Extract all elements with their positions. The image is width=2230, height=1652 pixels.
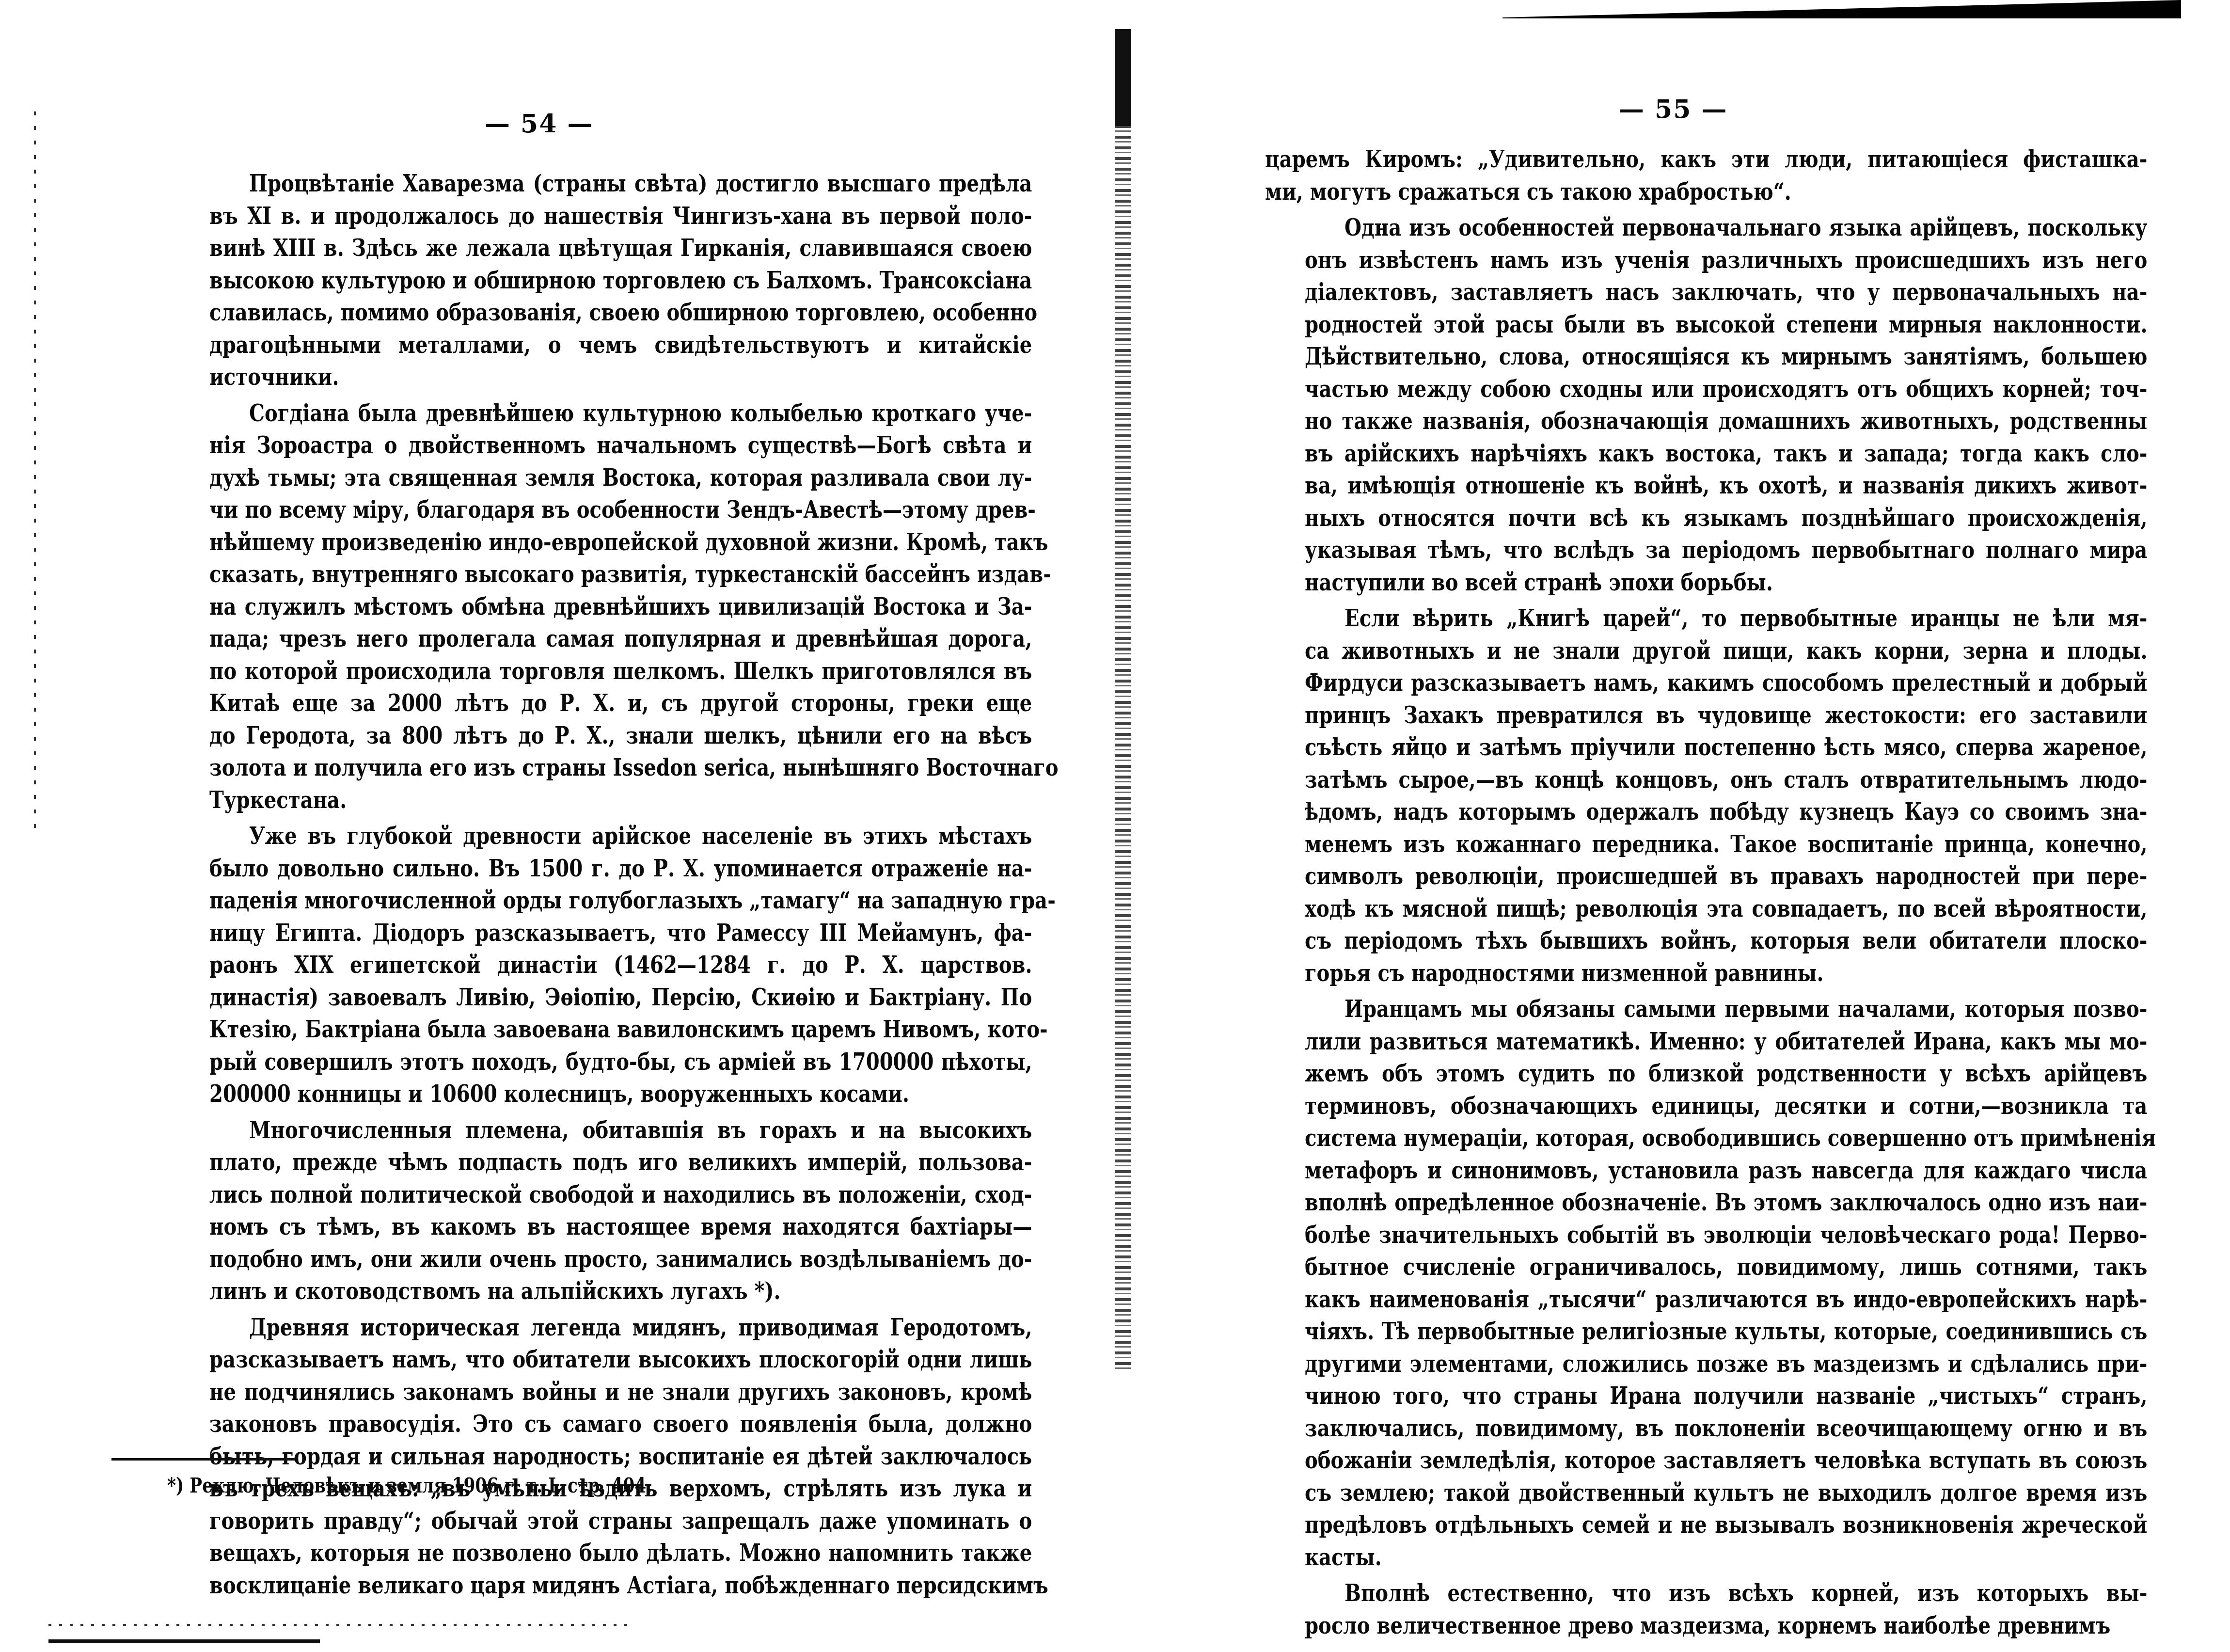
text-line: въ XI в. и продолжалось до нашествія Чин… [170, 200, 1032, 232]
text-line: было довольно сильно. Въ 1500 г. до Р. Х… [170, 852, 1032, 885]
text-line: какъ наименованія „тысячи“ различаются в… [1265, 1283, 2147, 1316]
text-line: славилась, помимо образованія, своею обш… [170, 296, 1032, 329]
text-line: говорить правду“; обычай этой страны зап… [170, 1505, 1032, 1537]
paragraph: Уже въ глубокой древности арійское насел… [170, 820, 1032, 1110]
text-line: съ землею; такой двойственный культъ не … [1265, 1477, 2147, 1509]
text-line: терминовъ, обозначающихъ единицы, десятк… [1265, 1090, 2147, 1122]
text-line: царемъ Киромъ: „Удивительно, какъ эти лю… [1265, 143, 2147, 175]
text-line: вещахъ, которыя не позволено было дѣлать… [170, 1537, 1032, 1569]
text-line: лили развиться математикѣ. Именно: у оби… [1265, 1025, 2147, 1058]
page-number: — 54 — [485, 109, 594, 139]
text-line: Фирдуси разсказываетъ намъ, какимъ спосо… [1265, 667, 2147, 699]
text-line: 200000 конницы и 10600 колесницъ, вооруж… [170, 1078, 1032, 1110]
text-line: съѣсть яйцо и затѣмъ пріучили постепенно… [1265, 731, 2147, 763]
text-line: символъ революціи, происшедшей въ правах… [1265, 860, 2147, 892]
text-line: Процвѣтаніе Хаварезма (страны свѣта) дос… [170, 167, 1032, 200]
text-line: законовъ правосудія. Это съ самаго своег… [170, 1408, 1032, 1440]
left-page: — 54 — Процвѣтаніе Хаварезма (страны свѣ… [0, 0, 1115, 1652]
paragraph: Иранцамъ мы обязаны самыми первыми начал… [1265, 993, 2147, 1573]
paragraph: Согдіана была древнѣйшею культурною колы… [170, 397, 1032, 816]
text-line: горья съ народностями низменной равнины. [1265, 957, 2147, 989]
text-line: драгоцѣнными металлами, о чемъ свидѣтель… [170, 329, 1032, 361]
paragraph: Если вѣрить „Книгѣ царей“, то первобытны… [1265, 602, 2147, 989]
text-line: лись полной политической свободой и нахо… [170, 1178, 1032, 1211]
text-line: высокою культурою и обширною торговлею с… [170, 264, 1032, 297]
text-line: система нумераціи, которая, освободившис… [1265, 1122, 2147, 1154]
paragraph: Вполнѣ естественно, что изъ всѣхъ корней… [1265, 1577, 2147, 1641]
text-line: Многочисленныя племена, обитавшія въ гор… [170, 1114, 1032, 1146]
text-line: онъ извѣстенъ намъ изъ ученія различныхъ… [1265, 244, 2147, 276]
text-line: ѣдомъ, надъ которымъ одержалъ побѣду куз… [1265, 795, 2147, 828]
text-line: до Геродота, за 800 лѣтъ до Р. Х., знали… [170, 719, 1032, 752]
text-line: сказать, внутренняго высокаго развитія, … [170, 558, 1032, 590]
text-line: касты. [1265, 1541, 2147, 1573]
text-line: источники. [170, 361, 1032, 393]
text-line: са животныхъ и не знали другой пищи, как… [1265, 635, 2147, 667]
text-line: ходѣ къ мясной пищѣ; революція эта совпа… [1265, 892, 2147, 925]
text-line: Вполнѣ естественно, что изъ всѣхъ корней… [1265, 1577, 2147, 1609]
paragraph: Многочисленныя племена, обитавшія въ гор… [170, 1114, 1032, 1307]
text-line: восклицаніе великаго царя мидянъ Астіага… [170, 1569, 1032, 1602]
text-line: Одна изъ особенностей первоначальнаго яз… [1265, 211, 2147, 244]
text-line: быть, гордая и сильная народность; воспи… [170, 1440, 1032, 1473]
page-body: царемъ Киромъ: „Удивительно, какъ эти лю… [1265, 143, 2147, 1645]
text-line: предѣловъ отдѣльныхъ семей и не вызывалъ… [1265, 1509, 2147, 1541]
text-line: указывая тѣмъ, что вслѣдъ за періодомъ п… [1265, 534, 2147, 566]
text-line: Туркестана. [170, 784, 1032, 816]
text-line: наступили во всей странѣ эпохи борьбы. [1265, 566, 2147, 599]
text-line: разсказываетъ намъ, что обитатели высоки… [170, 1343, 1032, 1376]
text-line: метафоръ и синонимовъ, установила разъ н… [1265, 1154, 2147, 1187]
text-line: духѣ тьмы; эта священная земля Востока, … [170, 461, 1032, 494]
text-line: по которой происходила торговля шелкомъ.… [170, 655, 1032, 687]
text-line: чи по всему міру, благодаря въ особеннос… [170, 493, 1032, 526]
text-line: номъ съ тѣмъ, въ какомъ въ настоящее вре… [170, 1210, 1032, 1243]
text-line: подобно имъ, они жили очень просто, зани… [170, 1243, 1032, 1275]
text-line: чиною того, что страны Ирана получили на… [1265, 1380, 2147, 1412]
text-line: не подчинялись законамъ войны и не знали… [170, 1376, 1032, 1408]
text-line: чіяхъ. Тѣ первобытные религіозные культы… [1265, 1315, 2147, 1348]
text-line: родностей этой расы были въ высокой степ… [1265, 308, 2147, 341]
text-line: жемъ объ этомъ судить по близкой родстве… [1265, 1057, 2147, 1090]
text-line: ва, имѣющія отношеніе къ войнѣ, къ охотѣ… [1265, 469, 2147, 502]
text-line: паденія многочисленной орды голубоглазых… [170, 884, 1032, 917]
text-line: пада; чрезъ него пролегала самая популяр… [170, 622, 1032, 655]
text-line: принцъ Захакъ превратился въ чудовище же… [1265, 699, 2147, 731]
text-line: династія) завоевалъ Ливію, Эѳіопію, Перс… [170, 981, 1032, 1014]
text-line: ныхъ относятся почти всѣ къ языкамъ позд… [1265, 502, 2147, 534]
text-line: нѣйшему произведенію индо-европейской ду… [170, 526, 1032, 558]
page-number: — 55 — [1619, 95, 1728, 124]
text-line: Если вѣрить „Книгѣ царей“, то первобытны… [1265, 602, 2147, 635]
text-line: росло величественное древо маздеизма, ко… [1265, 1609, 2147, 1642]
text-line: Согдіана была древнѣйшею культурною колы… [170, 397, 1032, 429]
paragraph: Древняя историческая легенда мидянъ, при… [170, 1311, 1032, 1602]
text-line: ницу Египта. Діодоръ разсказываетъ, что … [170, 917, 1032, 949]
footnote-rule [111, 1458, 296, 1461]
text-line: вполнѣ опредѣленное обозначеніе. Въ этом… [1265, 1186, 2147, 1219]
text-line: Китаѣ еще за 2000 лѣтъ до Р. Х. и, съ др… [170, 687, 1032, 719]
text-line: Древняя историческая легенда мидянъ, при… [170, 1311, 1032, 1344]
text-line: болѣе значительныхъ событій въ эволюціи … [1265, 1219, 2147, 1251]
text-line: Ктезію, Бактріана была завоевана вавилон… [170, 1013, 1032, 1046]
text-line: Дѣйствительно, слова, относящіяся къ мир… [1265, 340, 2147, 373]
text-line: другими элементами, сложились позже въ м… [1265, 1348, 2147, 1380]
paragraph: царемъ Киромъ: „Удивительно, какъ эти лю… [1265, 143, 2147, 207]
text-line: діалектовъ, заставляетъ насъ заключать, … [1265, 276, 2147, 308]
text-line: винѣ XIII в. Здѣсь же лежала цвѣтущая Ги… [170, 232, 1032, 264]
text-line: раонъ XIX египетской династіи (1462—1284… [170, 949, 1032, 981]
text-line: бытное счисленіе ограничивалось, повидим… [1265, 1251, 2147, 1283]
text-line: съ періодомъ тѣхъ бывшихъ войнъ, которыя… [1265, 924, 2147, 957]
text-line: Иранцамъ мы обязаны самыми первыми начал… [1265, 993, 2147, 1025]
text-line: Уже въ глубокой древности арійское насел… [170, 820, 1032, 852]
text-line: частью между собою сходны или происходят… [1265, 373, 2147, 405]
text-line: ми, могутъ сражаться съ такою храбростью… [1265, 175, 2147, 208]
paragraph: Процвѣтаніе Хаварезма (страны свѣта) дос… [170, 167, 1032, 393]
text-line: менемъ изъ кожаннаго передника. Такое во… [1265, 828, 2147, 860]
text-line: заключались, повидимому, въ поклоненіи в… [1265, 1412, 2147, 1445]
text-line: обожаніи земледѣлія, которое заставляетъ… [1265, 1444, 2147, 1477]
text-line: рый совершилъ этотъ походъ, будто-бы, съ… [170, 1046, 1032, 1078]
text-line: затѣмъ сырое,—въ концѣ концовъ, онъ стал… [1265, 763, 2147, 796]
text-line: золота и получила его изъ страны Issedon… [170, 751, 1032, 784]
text-line: плато, прежде чѣмъ подпасть подъ иго вел… [170, 1146, 1032, 1178]
paragraph: Одна изъ особенностей первоначальнаго яз… [1265, 211, 2147, 598]
text-line: но также названія, обозначающія домашних… [1265, 405, 2147, 437]
text-line: на служилъ мѣстомъ обмѣна древнѣйшихъ ци… [170, 590, 1032, 623]
page-body: Процвѣтаніе Хаварезма (страны свѣта) дос… [170, 167, 1032, 1605]
text-line: линъ и скотоводствомъ на альпійскихъ луг… [170, 1275, 1032, 1307]
text-line: въ арійскихъ нарѣчіяхъ какъ востока, так… [1265, 437, 2147, 470]
text-line: нія Зороастра о двойственномъ начальномъ… [170, 429, 1032, 461]
right-page: — 55 — царемъ Киромъ: „Удивительно, какъ… [1115, 0, 2230, 1652]
footnote: *) Реклю. Человѣкъ и земля 1906 г. т. I,… [167, 1474, 652, 1497]
